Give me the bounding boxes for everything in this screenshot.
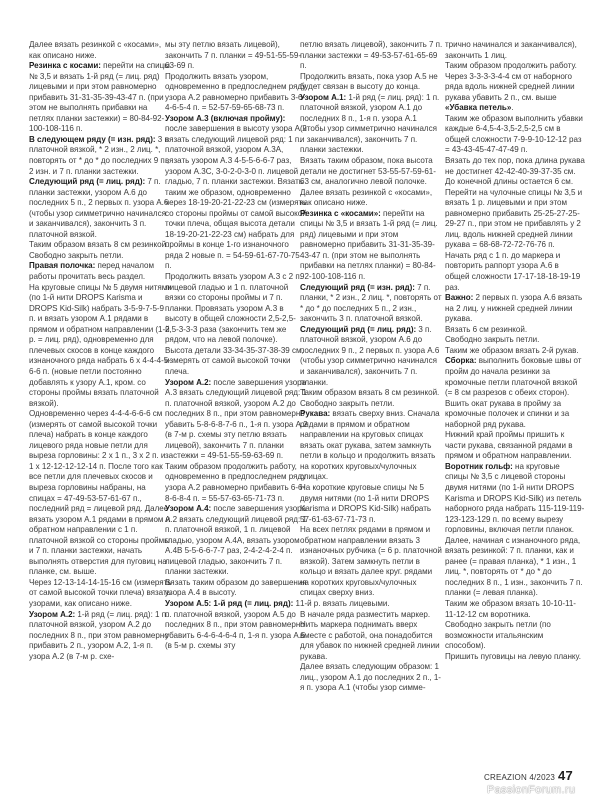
watermark: PassionForum.ru bbox=[487, 784, 575, 796]
paragraph: Правая полочка: перед началом работы про… bbox=[29, 261, 172, 282]
paragraph: На круговые спицы № 5 двумя нитями (по 1… bbox=[29, 283, 172, 410]
paragraph: Далее, начиная с изнаночного ряда, вязат… bbox=[445, 536, 585, 599]
section-heading: Сборка: bbox=[445, 356, 477, 365]
section-heading: Рукава: bbox=[300, 409, 330, 418]
section-heading: Узором А.4: bbox=[165, 504, 211, 513]
paragraph: 1-й р. вязать лицевыми. bbox=[300, 599, 443, 610]
section-heading: Узором А.3 (включая пройму): bbox=[165, 114, 285, 123]
section-heading: Резинка с косами: bbox=[29, 61, 101, 70]
paragraph: Начать ряд с 1 п. до маркера и повторить… bbox=[445, 251, 585, 293]
paragraph: Далее вязать резинкой с «косами», как оп… bbox=[29, 40, 172, 61]
section-heading: Узором А.5: 1-й ряд (= лиц. ряд): bbox=[165, 599, 293, 608]
text-column-4: трично начинался и заканчивался), законч… bbox=[445, 40, 585, 662]
paragraph: Узором А.2: 1-й ряд (= лиц. ряд): 1 п. п… bbox=[29, 610, 172, 663]
paragraph: Таким образом продолжить работу, одновре… bbox=[165, 462, 308, 504]
inline-reference: «Убавка петель» bbox=[445, 103, 511, 112]
paragraph: Высота детали 33-34-35-37-38-39 см, изме… bbox=[165, 346, 308, 378]
paragraph: Далее вязать резинкой с «косами», как оп… bbox=[300, 188, 443, 209]
paragraph: Следующий ряд (= лиц. ряд): 3 п. платочн… bbox=[300, 325, 443, 388]
paragraph: Воротник гольф: на круговые спицы № 3,5 … bbox=[445, 462, 585, 536]
paragraph: Узором А.1: 1-й ряд (= лиц. ряд): 1 п. п… bbox=[300, 93, 443, 156]
paragraph: Свободно закрыть петли. bbox=[445, 335, 585, 346]
paragraph: Рукава: вязать сверху вниз. Сначала ряда… bbox=[300, 409, 443, 483]
paragraph: В следующем ряду (= изн. ряд): 3 п. плат… bbox=[29, 135, 172, 177]
section-heading: В следующем ряду (= изн. ряд): bbox=[29, 135, 156, 144]
paragraph: Нижний край проймы пришить к части рукав… bbox=[445, 430, 585, 462]
magazine-issue: CREAZION 4/2023 bbox=[484, 773, 555, 782]
paragraph: Свободно закрыть петли. bbox=[300, 399, 443, 410]
paragraph: Резинка с «косами»: перейти на спицы № 3… bbox=[300, 209, 443, 283]
paragraph: Таким образом продолжить работу. bbox=[445, 61, 585, 72]
paragraph: На всех петлях рядами в прямом и обратно… bbox=[300, 525, 443, 599]
section-heading: Важно: bbox=[445, 293, 473, 302]
section-heading: Узором А.1: bbox=[300, 93, 346, 102]
paragraph: Через 12-13-14-14-15-16 см (измерять от … bbox=[29, 578, 172, 610]
section-heading: Следующий ряд (= лиц. ряд): bbox=[300, 325, 416, 334]
paragraph: Таким же образом вязать 2-й рукав. bbox=[445, 346, 585, 357]
text-column-3: петлю вязать лицевой), закончить 7 п. пл… bbox=[300, 40, 443, 694]
paragraph: Резинка с косами: перейти на спицы № 3,5… bbox=[29, 61, 172, 135]
paragraph: Узором А.5: 1-й ряд (= лиц. ряд): 1 п. п… bbox=[165, 599, 308, 652]
paragraph: Вязать таким образом до завершения узора… bbox=[165, 578, 308, 599]
paragraph: Узором А.3 (включая пройму): после завер… bbox=[165, 114, 308, 272]
paragraph: Сборка: выполнить боковые швы от пройм д… bbox=[445, 356, 585, 430]
section-heading: Воротник гольф: bbox=[445, 462, 513, 471]
paragraph: Таким образом вязать 8 см резинкой. bbox=[300, 388, 443, 399]
paragraph: Следующий ряд (= изн. ряд): 7 п. планки,… bbox=[300, 283, 443, 325]
section-heading: Узором А.2: bbox=[29, 610, 75, 619]
paragraph: До конечной длины остается 6 см. bbox=[445, 177, 585, 188]
page-footer: CREAZION 4/202347 bbox=[484, 768, 573, 783]
text-column-1: Далее вязать резинкой с «косами», как оп… bbox=[29, 40, 172, 662]
paragraph: Через 3-3-3-3-4-4 см от наборного ряда в… bbox=[445, 72, 585, 114]
paragraph: На короткие круговые спицы № 5 двумя нит… bbox=[300, 483, 443, 525]
paragraph: Одновременно через 4-4-4-6-6-6 см (измер… bbox=[29, 409, 172, 578]
paragraph: мы эту петлю вязать лицевой), закончить … bbox=[165, 40, 308, 72]
text-column-2: мы эту петлю вязать лицевой), закончить … bbox=[165, 40, 308, 652]
paragraph: Таким же образом выполнить убавки каждые… bbox=[445, 114, 585, 156]
paragraph: Важно: 2 первых п. узора А.6 вязать на 2… bbox=[445, 293, 585, 325]
section-heading: Следующий ряд (= изн. ряд): bbox=[300, 283, 415, 292]
paragraph: Продолжить вязать, пока узор А.5 не буде… bbox=[300, 72, 443, 93]
paragraph: Узором А.2: после завершения узора А.3 в… bbox=[165, 378, 308, 462]
paragraph: Пришить пуговицы на левую планку. bbox=[445, 652, 585, 663]
paragraph: Далее вязать следующим образом: 1 лиц., … bbox=[300, 662, 443, 694]
paragraph: Свободно закрыть петли. bbox=[29, 251, 172, 262]
paragraph: Вязать 6 см резинкой. bbox=[445, 325, 585, 336]
paragraph: трично начинался и заканчивался), законч… bbox=[445, 40, 585, 61]
paragraph: Перейти на чулочные спицы № 3,5 и вязать… bbox=[445, 188, 585, 251]
page-number: 47 bbox=[558, 768, 573, 783]
paragraph: Таким образом вязать 8 см резинкой. bbox=[29, 240, 172, 251]
paragraph: Свободно закрыть петли (по возможности и… bbox=[445, 620, 585, 652]
section-heading: Следующий ряд (= лиц. ряд): bbox=[29, 177, 145, 186]
paragraph: Следующий ряд (= лиц. ряд): 7 п. планки … bbox=[29, 177, 172, 240]
magazine-page: Далее вязать резинкой с «косами», как оп… bbox=[0, 0, 592, 800]
paragraph: Продолжить вязать узором, одновременно в… bbox=[165, 72, 308, 114]
paragraph: В начале ряда разместить маркер. Нить ма… bbox=[300, 610, 443, 663]
section-heading: Узором А.2: bbox=[165, 378, 211, 387]
paragraph: Вязать до тех пор, пока длина рукава не … bbox=[445, 156, 585, 177]
paragraph: петлю вязать лицевой), закончить 7 п. пл… bbox=[300, 40, 443, 72]
section-heading: Правая полочка: bbox=[29, 261, 95, 270]
paragraph: Вязать таким образом, пока высота детали… bbox=[300, 156, 443, 188]
paragraph: Узором А.4: после завершения узора А.2 в… bbox=[165, 504, 308, 578]
paragraph: Продолжить вязать узором А.3 с 2 п. лице… bbox=[165, 272, 308, 346]
paragraph: Таким же образом вязать 10-10-11-11-12-1… bbox=[445, 599, 585, 620]
section-heading: Резинка с «косами»: bbox=[300, 209, 381, 218]
